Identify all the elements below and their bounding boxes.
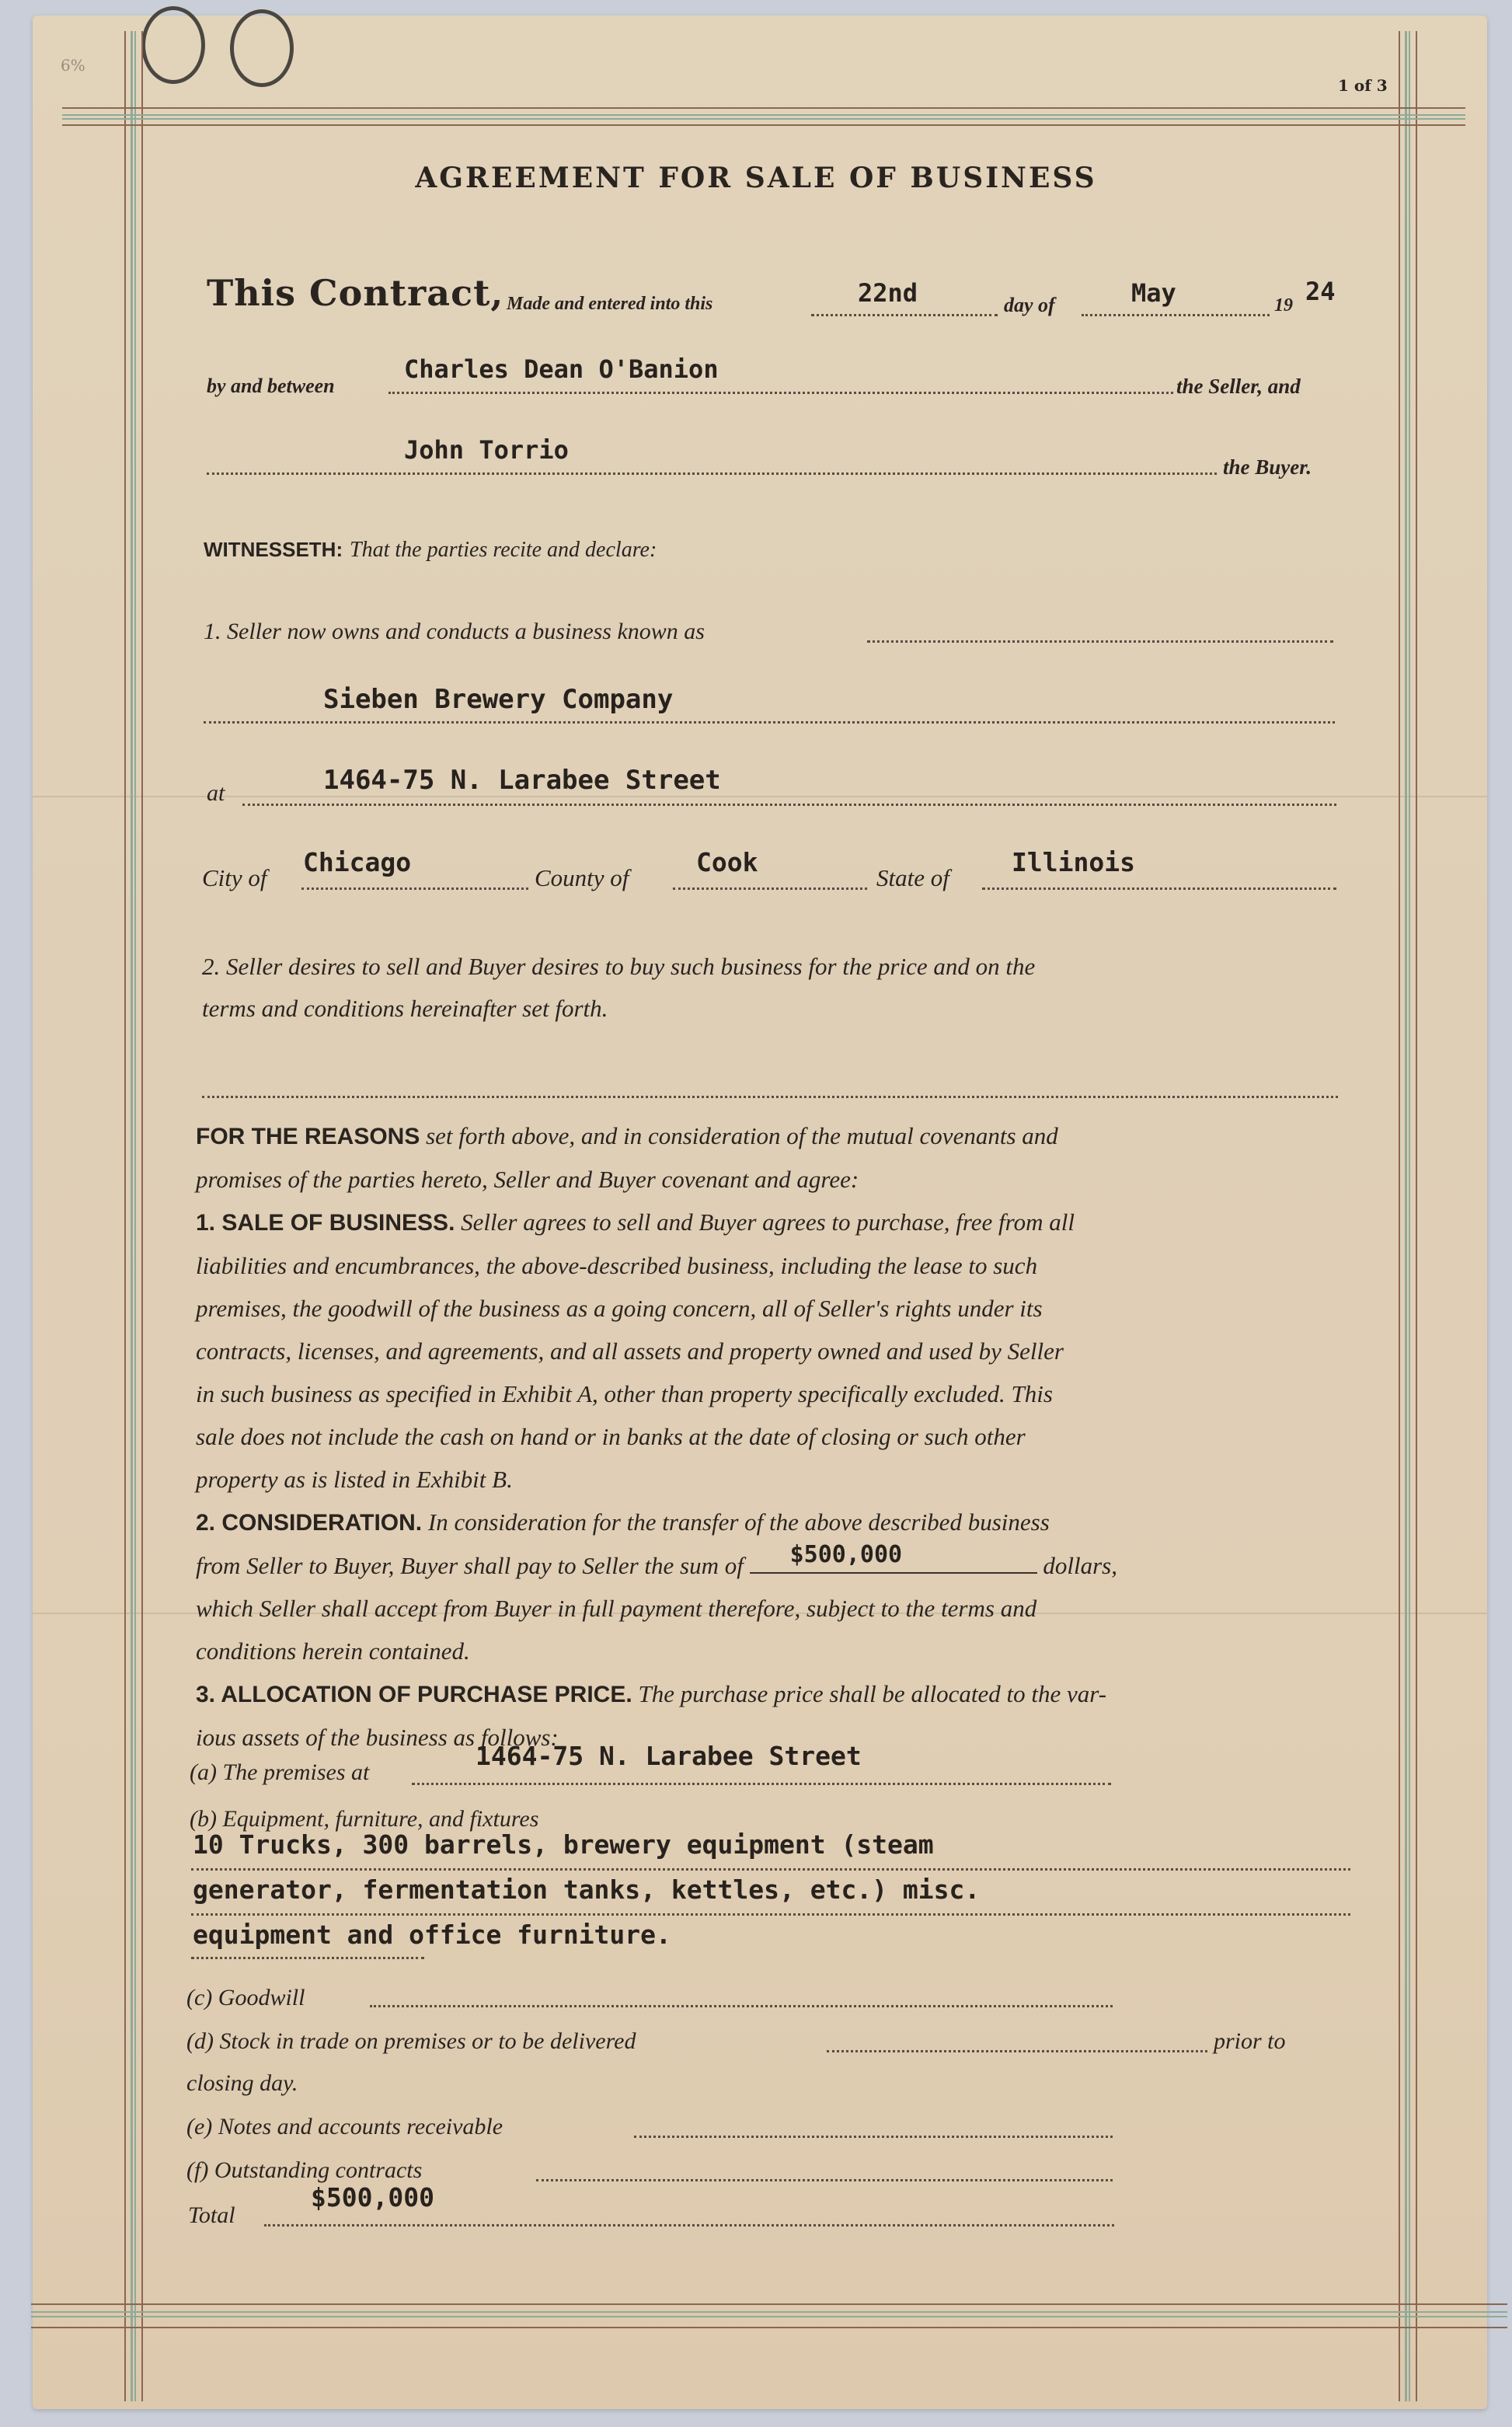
month-line <box>1082 314 1270 316</box>
item-e-line <box>634 2136 1113 2138</box>
day-of-label: day of <box>1004 294 1055 317</box>
section-2-line2-post: dollars, <box>1043 1552 1117 1579</box>
seller-line <box>388 392 1173 394</box>
buyer-name: John Torrio <box>404 435 569 465</box>
bottom-border-rule <box>31 2303 1507 2322</box>
reasons-line1: set forth above, and in consideration of… <box>426 1122 1058 1149</box>
reasons-label: FOR THE REASONS <box>196 1124 420 1149</box>
section-1-line: liabilities and encumbrances, the above-… <box>196 1244 1346 1287</box>
year-prefix: 19 <box>1274 295 1293 316</box>
state-line <box>982 887 1336 890</box>
buyer-label: the Buyer. <box>1223 455 1312 479</box>
top-border-rule <box>62 107 1465 126</box>
by-between-label: by and between <box>207 375 335 398</box>
seller-name: Charles Dean O'Banion <box>404 354 719 384</box>
consideration-amount-line: $500,000 <box>750 1553 1037 1574</box>
total-label: Total <box>188 2202 235 2229</box>
item-e-label: (e) Notes and accounts receivable <box>186 2114 503 2140</box>
section-2-line3: which Seller shall accept from Buyer in … <box>196 1587 1346 1630</box>
day-line <box>811 314 998 316</box>
county-label: County of <box>535 864 629 892</box>
page-indicator: 1 of 3 <box>1338 76 1388 95</box>
buyer-line <box>207 472 1217 475</box>
section-1-line: in such business as specified in Exhibit… <box>196 1372 1346 1415</box>
month-value: May <box>1131 278 1176 308</box>
item-b-label: (b) Equipment, furniture, and fixtures <box>190 1806 538 1832</box>
item-c-line <box>370 2005 1113 2007</box>
item-d-line2: closing day. <box>186 2070 298 2097</box>
section-2-line2-pre: from Seller to Buyer, Buyer shall pay to… <box>196 1552 744 1579</box>
section-1-line: premises, the goodwill of the business a… <box>196 1287 1346 1330</box>
item-c-label: (c) Goodwill <box>186 1985 305 2011</box>
city-value: Chicago <box>303 847 411 877</box>
reasons-line2: promises of the parties hereto, Seller a… <box>196 1158 1346 1201</box>
section-3-heading: 3. ALLOCATION OF PURCHASE PRICE. <box>196 1682 632 1707</box>
county-line <box>673 887 867 890</box>
business-address: 1464-75 N. Larabee Street <box>323 765 721 796</box>
item-a-value: 1464-75 N. Larabee Street <box>476 1741 862 1771</box>
right-border-rule <box>1399 31 1417 2401</box>
section-2-line4: conditions herein contained. <box>196 1630 1346 1672</box>
section-2-line1: In consideration for the transfer of the… <box>428 1508 1050 1536</box>
fold-crease <box>33 796 1487 797</box>
section-1-line: contracts, licenses, and agreements, and… <box>196 1330 1346 1372</box>
corner-mark: 6% <box>61 56 85 75</box>
item-b-value-line: generator, fermentation tanks, kettles, … <box>193 1874 980 1905</box>
address-line <box>242 804 1336 806</box>
reasons-paragraph: FOR THE REASONS set forth above, and in … <box>196 1114 1346 1759</box>
witnesseth-label: WITNESSETH: <box>204 538 343 561</box>
item-b-line <box>191 1868 1350 1871</box>
item-d-label: (d) Stock in trade on premises or to be … <box>186 2028 636 2055</box>
item-a-label: (a) The premises at <box>190 1759 369 1786</box>
consideration-amount: $500,000 <box>790 1533 903 1576</box>
contract-heading: This Contract, <box>207 272 503 314</box>
item-f-label: (f) Outstanding contracts <box>186 2157 422 2184</box>
section-1-heading: 1. SALE OF BUSINESS. <box>196 1210 455 1236</box>
section-2-heading: 2. CONSIDERATION. <box>196 1510 422 1536</box>
recital-2-line1: 2. Seller desires to sell and Buyer desi… <box>202 953 1035 981</box>
section-1-line: sale does not include the cash on hand o… <box>196 1415 1346 1458</box>
business-known-line <box>867 640 1333 643</box>
contract-lead: This Contract, <box>207 272 503 314</box>
item-b-line <box>191 1957 424 1959</box>
city-line <box>301 887 528 890</box>
day-value: 22nd <box>858 278 918 308</box>
binder-ring-icon <box>230 9 294 87</box>
left-border-rule <box>124 31 143 2401</box>
total-line <box>264 2224 1114 2226</box>
state-value: Illinois <box>1012 847 1135 877</box>
item-b-line <box>191 1913 1350 1916</box>
city-label: City of <box>202 864 267 892</box>
made-text: Made and entered into this <box>507 294 712 315</box>
business-name: Sieben Brewery Company <box>323 684 673 715</box>
binder-ring-icon <box>141 6 205 84</box>
item-b-value-line: equipment and office furniture. <box>193 1920 671 1950</box>
business-name-line <box>204 721 1335 724</box>
recital-2-line2: terms and conditions hereinafter set for… <box>202 995 608 1023</box>
total-value: $500,000 <box>311 2182 434 2213</box>
section-1-line: Seller agrees to sell and Buyer agrees t… <box>461 1208 1075 1236</box>
state-label: State of <box>876 864 949 892</box>
recital-1-text: 1. Seller now owns and conducts a busine… <box>204 619 705 645</box>
separator-line <box>202 1096 1338 1098</box>
year-suffix: 24 <box>1305 277 1336 306</box>
at-label: at <box>207 780 225 807</box>
item-b-value-line: 10 Trucks, 300 barrels, brewery equipmen… <box>193 1829 934 1860</box>
document-title: AGREEMENT FOR SALE OF BUSINESS <box>0 162 1512 194</box>
item-d-line <box>827 2050 1207 2052</box>
section-1-line: property as is listed in Exhibit B. <box>196 1458 1346 1501</box>
witnesseth-text: That the parties recite and declare: <box>350 538 657 562</box>
section-3-line1: The purchase price shall be allocated to… <box>638 1680 1106 1707</box>
seller-label: the Seller, and <box>1176 375 1301 399</box>
item-f-line <box>536 2179 1113 2181</box>
county-value: Cook <box>696 847 758 877</box>
witnesseth-line: WITNESSETH: That the parties recite and … <box>204 536 657 563</box>
item-d-post: prior to <box>1214 2028 1286 2055</box>
item-a-line <box>412 1783 1111 1785</box>
